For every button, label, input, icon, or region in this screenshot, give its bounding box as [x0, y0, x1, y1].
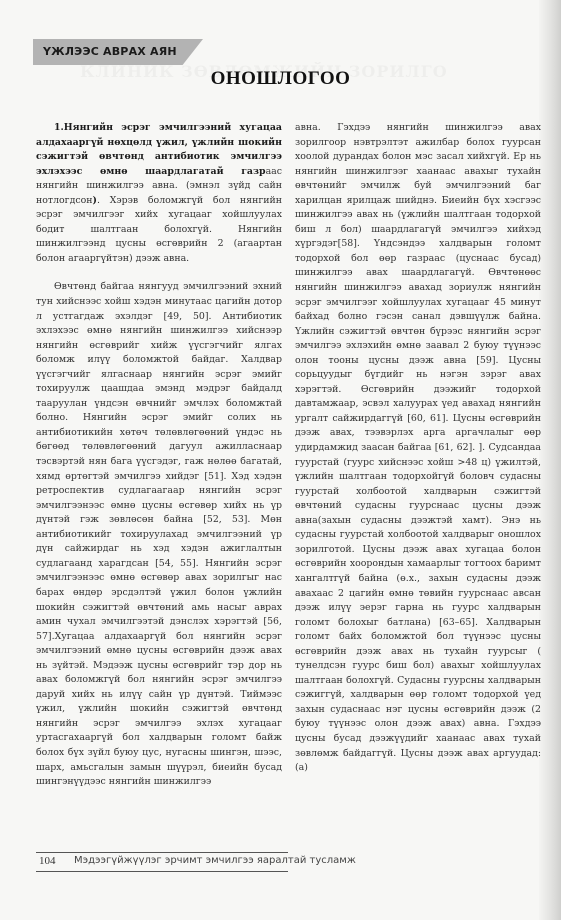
page-binding-shadow — [539, 0, 561, 920]
section-tag: ҮЖЛЭЭС АВРАХ АЯН — [33, 39, 203, 65]
left-column: 1.Нянгийн эсрэг эмчилгээний хугацаа алда… — [36, 121, 282, 790]
recommendation-bold-text: 1.Нянгийн эсрэг эмчилгээний хугацаа алда… — [36, 122, 282, 177]
section-tag-label: ҮЖЛЭЭС АВРАХ АЯН — [43, 45, 177, 58]
right-column: авна. Гэхдээ нянгийн шинжилгээ авах зори… — [295, 121, 541, 776]
running-title: Мэдээгүйжүүлэг эрчимт эмчилгээ яаралтай … — [74, 855, 356, 866]
page-footer: 104 Мэдээгүйжүүлэг эрчимт эмчилгээ яарал… — [36, 852, 288, 872]
page-number: 104 — [39, 855, 56, 867]
paragraph-continued: авна. Гэхдээ нянгийн шинжилгээ авах зори… — [295, 121, 541, 776]
page-title: ОНОШЛОГОО — [0, 68, 561, 90]
paragraph-rationale: Өвчтөнд байгаа нянгууд эмчилгээний эхний… — [36, 280, 282, 789]
paragraph-recommendation: 1.Нянгийн эсрэг эмчилгээний хугацаа алда… — [36, 121, 282, 266]
